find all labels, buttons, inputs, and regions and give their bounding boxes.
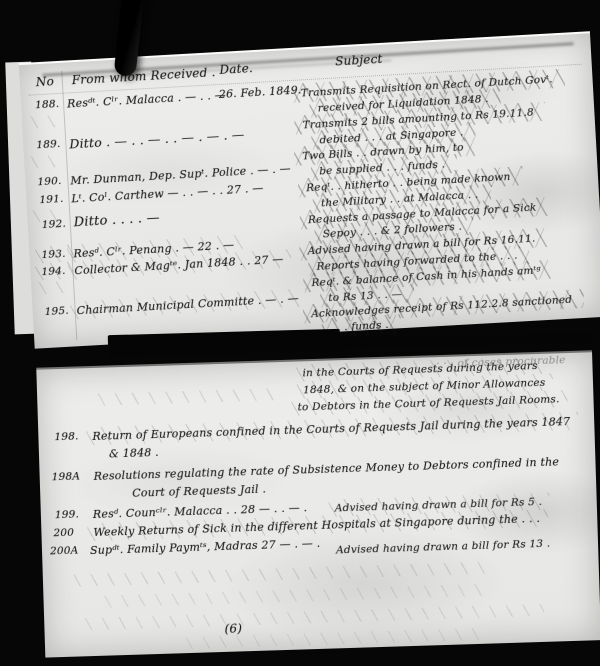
entry-number: 190.	[37, 175, 62, 188]
continuation-line: to Debtors in the Court of Requests Jail…	[297, 393, 559, 413]
entry-text: Return of Europeans confined in the Cour…	[92, 415, 570, 443]
entry-sender: Supᵈᵗ. Family Paymᵗˢ, Madras 27 — . — .	[90, 537, 321, 557]
entry-text: & 1848 .	[109, 446, 159, 461]
entry-number: 191.	[39, 193, 64, 206]
entry-number: 200	[53, 527, 74, 540]
ink-marks	[30, 155, 57, 168]
page-edge-shadow	[320, 333, 592, 349]
column-header-from: From whom Received .	[71, 65, 215, 87]
continuation-line: in the Courts of Requests during the yea…	[302, 360, 537, 379]
entry-text: Resolutions regulating the rate of Subsi…	[93, 455, 559, 483]
crossed-out-row	[103, 584, 483, 608]
entry-number: 189.	[36, 138, 61, 151]
entry-sender: Resᵈ. Counᶜˡʳ. Malacca . . 28 — . . — .	[93, 501, 308, 521]
entry-number: 194.	[41, 265, 66, 278]
entry-number: 195.	[44, 305, 69, 318]
entry-subject: Advised having drawn a bill for Rs 5 .	[335, 496, 543, 515]
column-rule	[61, 71, 77, 341]
crossed-out-marks	[97, 388, 277, 406]
entry-text: Court of Requests Jail .	[132, 483, 266, 500]
register-page-bottom: · · · of cases procurable in the Courts …	[36, 350, 600, 657]
column-header-subject: Subject	[335, 52, 383, 69]
entry-date: 26. Feb. 1849.	[218, 83, 301, 101]
crossed-out-row	[84, 604, 544, 630]
entry-number: 199.	[55, 508, 80, 521]
column-header-date: Date.	[219, 61, 253, 77]
register-page-top: No From whom Received . Date. Subject 18…	[19, 31, 600, 348]
ink-marks	[38, 281, 65, 294]
ink-marks	[32, 209, 59, 222]
entry-number: 198A	[52, 470, 81, 483]
column-header-no: No	[35, 74, 54, 89]
crossed-out-row	[73, 561, 493, 586]
entry-sender: Ditto . . . . —	[73, 211, 160, 231]
continuation-line: 1848, & on the subject of Minor Allowanc…	[303, 377, 546, 397]
folio-number: (6)	[224, 621, 242, 636]
microfilm-scan: No From whom Received . Date. Subject 18…	[0, 0, 600, 666]
ink-marks	[30, 115, 57, 128]
entry-sender: Ditto . — . . — . . — . — . —	[69, 127, 245, 152]
entry-sender: Chairman Municipal Committe . — . —	[76, 292, 299, 317]
entry-number: 193.	[41, 248, 66, 261]
entry-number: 200A	[50, 544, 79, 557]
entry-subject: Advised having drawn a bill for Rs 13 .	[336, 538, 551, 557]
subject-line: to Rs 13 . . —	[328, 288, 402, 304]
entry-number: 198.	[54, 430, 79, 443]
entry-number: 188.	[35, 98, 60, 111]
